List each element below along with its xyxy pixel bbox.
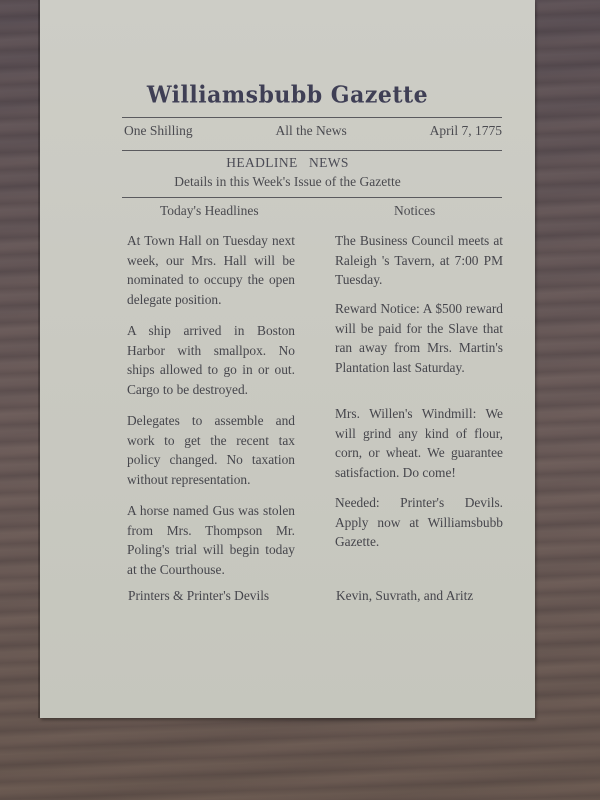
headline-item: A horse named Gus was stolen from Mrs. T… xyxy=(127,501,295,579)
issue-date: April 7, 1775 xyxy=(430,123,502,139)
notice-text: Mrs. Willen's Windmill: We will grind an… xyxy=(335,404,503,482)
headlines-column: At Town Hall on Tuesday next week, our M… xyxy=(127,231,295,579)
banner-headline: HEADLINE NEWS xyxy=(40,155,535,171)
dateline: One Shilling All the News April 7, 1775 xyxy=(124,123,502,139)
notice-item: The Business Council meets at Raleigh 's… xyxy=(335,231,503,290)
headline-item: A ship arrived in Boston Harbor with sma… xyxy=(127,321,295,399)
notice-item: Mrs. Willen's Windmill: We will grind an… xyxy=(335,404,503,482)
banner-subhead: Details in this Week's Issue of the Gaze… xyxy=(40,174,535,190)
printers-signature: Printers & Printer's Devils xyxy=(128,588,269,604)
notice-item: Needed: Printer's Devils. Apply now at W… xyxy=(335,493,503,552)
column-heading-notices: Notices xyxy=(394,203,435,219)
dateline-rule xyxy=(122,150,502,151)
authors-signature: Kevin, Suvrath, and Aritz xyxy=(336,588,473,604)
masthead-title: Williamsbubb Gazette xyxy=(40,81,535,108)
column-heading-headlines: Today's Headlines xyxy=(160,203,259,219)
masthead-rule xyxy=(122,117,502,118)
headline-item: At Town Hall on Tuesday next week, our M… xyxy=(127,231,295,309)
banner-rule xyxy=(122,197,502,198)
notice-text: Needed: Printer's Devils. Apply now at W… xyxy=(335,493,503,552)
motto: All the News xyxy=(276,123,347,139)
notice-text: The Business Council meets at Raleigh 's… xyxy=(335,231,503,290)
notice-text: Reward Notice: A $500 reward will be pai… xyxy=(335,299,503,377)
headline-item: Delegates to assemble and work to get th… xyxy=(127,411,295,489)
price: One Shilling xyxy=(124,123,193,139)
newspaper-sheet: Williamsbubb Gazette One Shilling All th… xyxy=(40,0,535,718)
notice-item: Reward Notice: A $500 reward will be pai… xyxy=(335,299,503,377)
